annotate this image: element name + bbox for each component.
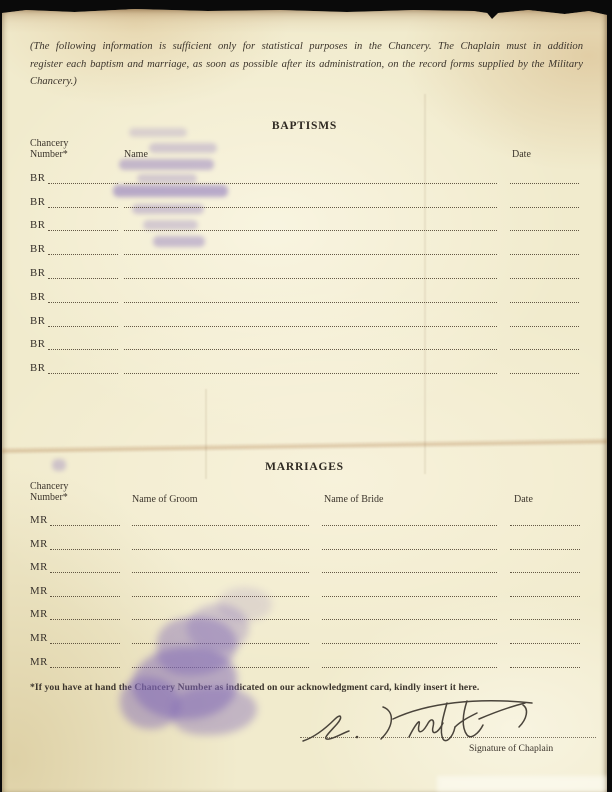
chancery-number-line [50,549,120,550]
groom-name-line [132,572,309,573]
baptism-row: BR [30,290,580,305]
ink-blot-region [120,677,180,729]
signature-caption: Signature of Chaplain [469,743,553,754]
bride-name-line [322,643,497,644]
name-line [124,207,497,208]
date-line [510,230,579,231]
chancery-number-prefix: BR [30,171,45,186]
date-line [510,302,579,303]
signature-line [300,737,596,738]
bride-name-line [322,596,497,597]
chancery-number-line [48,207,118,208]
baptisms-date-header: Date [512,149,531,160]
chancery-header-line: Chancery [30,138,68,149]
chancery-number-line [48,349,118,350]
bottom-scan-artifact [437,776,607,792]
baptism-row: BR [30,314,580,329]
chancery-number-prefix: BR [30,218,45,233]
date-line [510,619,580,620]
marriages-chancery-number-header: Chancery Number* [30,481,68,503]
baptism-row: BR [30,218,580,233]
intro-note: (The following information is sufficient… [30,38,583,91]
chancery-number-line [50,525,120,526]
baptisms-section-title: BAPTISMS [2,120,607,132]
date-line [510,643,580,644]
date-line [510,207,579,208]
baptism-row: BR [30,195,580,210]
bride-name-line [322,549,497,550]
marriages-section-title: MARRIAGES [2,461,607,473]
date-line [510,667,580,668]
name-line [124,373,497,374]
chancery-number-line [48,254,118,255]
chancery-number-line [48,373,118,374]
stamp-smudge-mark [149,143,217,153]
date-line [510,254,579,255]
chancery-number-line [50,667,120,668]
intro-note-line: Chancery.) [30,73,583,91]
chancery-number-prefix: MR [30,631,48,646]
chancery-number-prefix: BR [30,361,45,376]
number-header-line: Number* [30,492,68,503]
ink-blot-region [172,687,257,735]
groom-name-line [132,525,309,526]
date-line [510,549,580,550]
baptism-row: BR [30,242,580,257]
chancery-number-prefix: BR [30,242,45,257]
baptism-row: BR [30,337,580,352]
chancery-number-line [50,643,120,644]
marriages-bride-header: Name of Bride [324,494,383,505]
baptism-row: BR [30,171,580,186]
chancery-number-prefix: MR [30,513,48,528]
intro-note-line: register each baptism and marriage, as s… [30,56,583,74]
chancery-number-prefix: MR [30,560,48,575]
horizontal-fold-crease [2,437,607,455]
chancery-number-prefix: MR [30,537,48,552]
purple-ink-blot [112,592,292,747]
name-line [124,326,497,327]
bride-name-line [322,525,497,526]
stamp-smudge-mark [119,159,214,170]
marriage-row: MR [30,537,582,552]
chancery-number-prefix: MR [30,655,48,670]
marriages-date-header: Date [514,494,533,505]
chancery-number-line [50,596,120,597]
date-line [510,525,580,526]
marriage-row: MR [30,513,582,528]
ink-blot-region [217,587,272,622]
name-line [124,254,497,255]
name-line [124,349,497,350]
chancery-number-line [48,326,118,327]
chancery-number-prefix: BR [30,290,45,305]
top-edge-discoloration [2,9,607,33]
date-line [510,572,580,573]
chancery-number-prefix: MR [30,584,48,599]
chancery-number-prefix: BR [30,314,45,329]
date-line [510,326,579,327]
date-line [510,183,579,184]
baptism-row: BR [30,361,580,376]
bride-name-line [322,572,497,573]
name-line [124,230,497,231]
chancery-number-line [48,230,118,231]
chancery-header-line: Chancery [30,481,68,492]
stamp-smudge-mark [129,128,187,137]
chancery-number-line [48,278,118,279]
bride-name-line [322,619,497,620]
chancery-number-prefix: BR [30,337,45,352]
baptism-row: BR [30,266,580,281]
chancery-number-prefix: MR [30,607,48,622]
chancery-number-line [48,302,118,303]
vertical-fold-crease [424,94,426,474]
marriages-groom-header: Name of Groom [132,494,198,505]
chancery-number-prefix: BR [30,266,45,281]
groom-name-line [132,549,309,550]
paper-sheet: (The following information is sufficient… [2,9,607,792]
chancery-number-prefix: BR [30,195,45,210]
date-line [510,596,580,597]
chancery-number-line [50,619,120,620]
number-header-line: Number* [30,149,68,160]
date-line [510,373,579,374]
scanned-form-page: (The following information is sufficient… [0,0,612,792]
chancery-number-line [48,183,118,184]
name-line [124,302,497,303]
purple-ink-speck [52,459,66,471]
date-line [510,278,579,279]
date-line [510,349,579,350]
chancery-number-line [50,572,120,573]
name-line [124,183,497,184]
name-line [124,278,497,279]
marriage-row: MR [30,560,582,575]
baptisms-chancery-number-header: Chancery Number* [30,138,68,160]
bride-name-line [322,667,497,668]
intro-note-line: (The following information is sufficient… [30,38,583,56]
